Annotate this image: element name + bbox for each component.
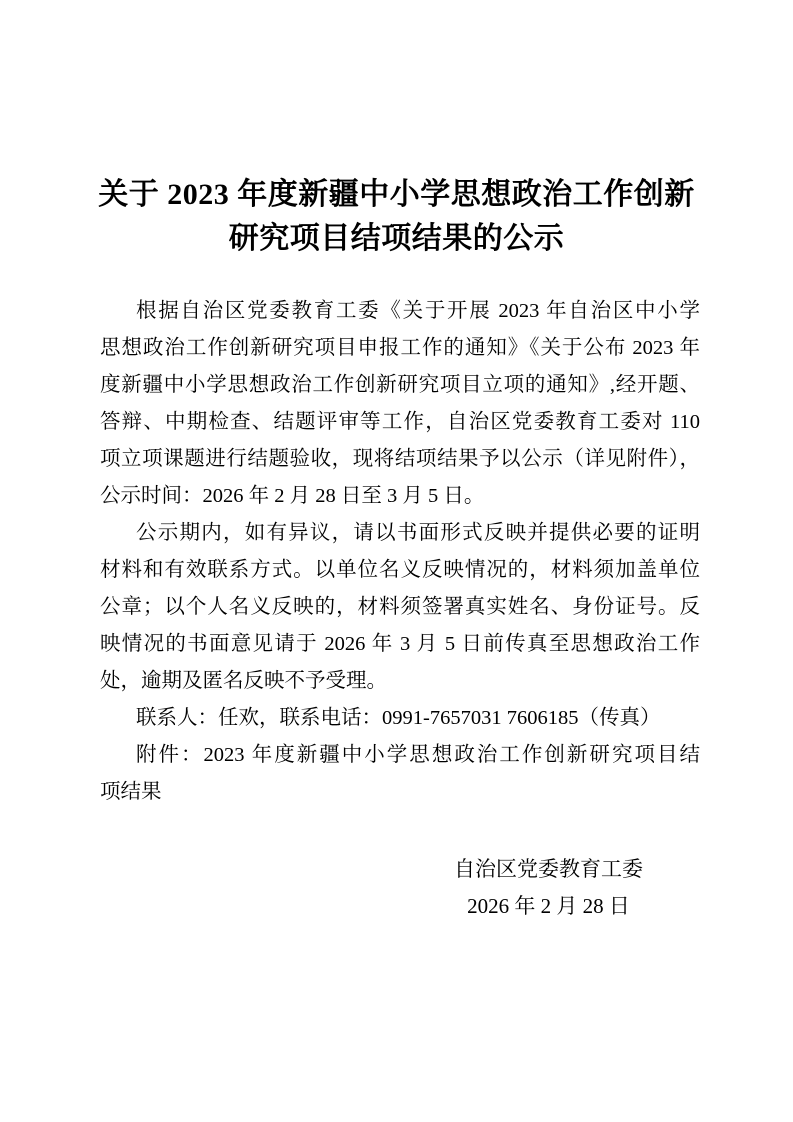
document-title: 关于 2023 年度新疆中小学思想政治工作创新 研究项目结项结果的公示 bbox=[0, 173, 793, 261]
body-line: 度新疆中小学思想政治工作创新研究项目立项的通知》,经开题、 bbox=[100, 367, 700, 404]
contact-line: 联系人：任欢，联系电话：0991-7657031 7606185（传真） bbox=[100, 700, 700, 737]
body-line: 公示期内，如有异议，请以书面形式反映并提供必要的证明 bbox=[100, 515, 700, 552]
title-line-2: 研究项目结项结果的公示 bbox=[0, 217, 793, 261]
signature-block: 自治区党委教育工委 2026 年 2 月 28 日 bbox=[454, 851, 643, 925]
paragraph-objection: 公示期内，如有异议，请以书面形式反映并提供必要的证明 材料和有效联系方式。以单位… bbox=[100, 515, 700, 700]
paragraph-intro: 根据自治区党委教育工委《关于开展 2023 年自治区中小学 思想政治工作创新研究… bbox=[100, 293, 700, 515]
document-body: 根据自治区党委教育工委《关于开展 2023 年自治区中小学 思想政治工作创新研究… bbox=[100, 293, 700, 811]
body-line: 根据自治区党委教育工委《关于开展 2023 年自治区中小学 bbox=[100, 293, 700, 330]
body-line: 公章；以个人名义反映的，材料须签署真实姓名、身份证号。反 bbox=[100, 589, 700, 626]
document-page: 关于 2023 年度新疆中小学思想政治工作创新 研究项目结项结果的公示 根据自治… bbox=[0, 0, 793, 1122]
attachment-line: 附件：2023 年度新疆中小学思想政治工作创新研究项目结 bbox=[100, 737, 700, 774]
body-line: 公示时间：2026 年 2 月 28 日至 3 月 5 日。 bbox=[100, 478, 700, 515]
body-line: 项立项课题进行结题验收，现将结项结果予以公示（详见附件）， bbox=[100, 441, 700, 478]
signature-date: 2026 年 2 月 28 日 bbox=[454, 888, 643, 925]
body-line: 处，逾期及匿名反映不予受理。 bbox=[100, 663, 700, 700]
paragraph-attachment: 附件：2023 年度新疆中小学思想政治工作创新研究项目结 项结果 bbox=[100, 737, 700, 811]
body-line: 材料和有效联系方式。以单位名义反映情况的，材料须加盖单位 bbox=[100, 552, 700, 589]
body-line: 答辩、中期检查、结题评审等工作，自治区党委教育工委对 110 bbox=[100, 404, 700, 441]
title-line-1: 关于 2023 年度新疆中小学思想政治工作创新 bbox=[0, 173, 793, 217]
attachment-line: 项结果 bbox=[100, 774, 700, 811]
signature-org: 自治区党委教育工委 bbox=[454, 851, 643, 888]
body-line: 映情况的书面意见请于 2026 年 3 月 5 日前传真至思想政治工作 bbox=[100, 626, 700, 663]
body-line: 思想政治工作创新研究项目申报工作的通知》《关于公布 2023 年 bbox=[100, 330, 700, 367]
paragraph-contact: 联系人：任欢，联系电话：0991-7657031 7606185（传真） bbox=[100, 700, 700, 737]
